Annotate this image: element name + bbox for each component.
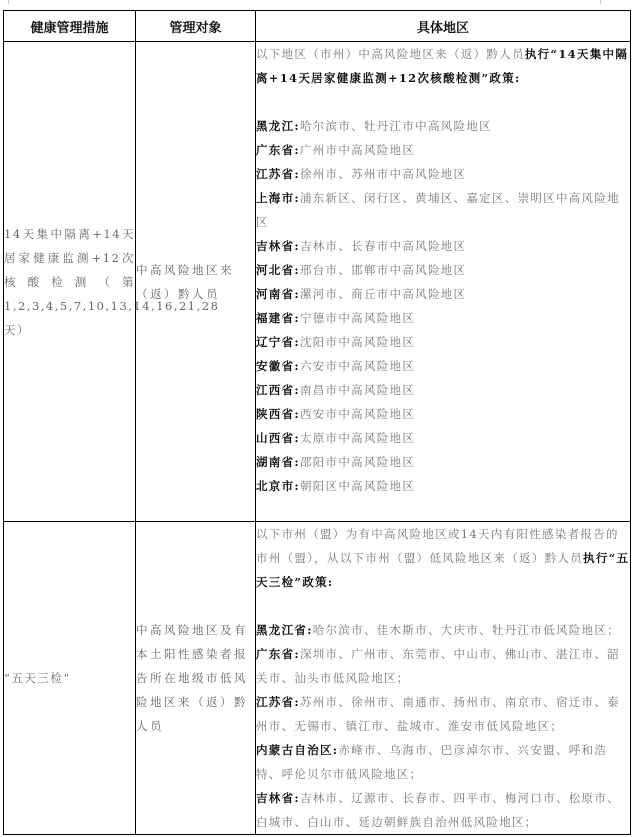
area-intro: 以下地区（市州）中高风险地区来（返）黔人员执行“14天集中隔离+14天居家健康监…	[256, 42, 630, 90]
spacer	[256, 594, 630, 618]
province-label: 广东省:	[256, 143, 300, 157]
province-label: 陕西省:	[256, 407, 300, 421]
list-item: 福建省:宁德市中高风险地区	[256, 306, 630, 330]
region-text: 苏州市、徐州市、南通市、扬州市、南京市、宿迁市、泰州市、无锡市、镇江市、盐城市、…	[256, 695, 620, 733]
region-text: 六安市中高风险地区	[300, 359, 415, 373]
margin-mark	[600, 0, 601, 4]
region-text: 宁德市中高风险地区	[300, 311, 415, 325]
list-item: 辽宁省:沈阳市中高风险地区	[256, 330, 630, 354]
list-item: 黑龙江:哈尔滨市、牡丹江市中高风险地区	[256, 114, 630, 138]
province-label: 内蒙古自治区:	[256, 743, 338, 757]
table-row: 14天集中隔离+14天居家健康监测+12次核酸检测（第1,2,3,4,5,7,1…	[4, 42, 631, 522]
province-label: 江苏省:	[256, 167, 300, 181]
target-cell: 中高风险地区及有本土阳性感染者报告所在地级市低风险地区来（返）黔人员	[136, 522, 256, 835]
list-item: 吉林省:吉林市、辽源市、长春市、四平市、梅河口市、松原市、白城市、白山市、延边朝…	[256, 786, 630, 834]
region-text: 吉林市、辽源市、长春市、四平市、梅河口市、松原市、白城市、白山市、延边朝鲜族自治…	[256, 791, 620, 829]
province-label: 江西省:	[256, 383, 300, 397]
table-header-row: 健康管理措施 管理对象 具体地区	[4, 11, 631, 42]
list-item: 吉林省:吉林市、长春市中高风险地区	[256, 234, 630, 258]
list-item: 黑龙江省:哈尔滨市、佳木斯市、大庆市、牡丹江市低风险地区；	[256, 618, 630, 642]
list-item: 上海市:浦东新区、闵行区、黄埔区、嘉定区、崇明区中高风险地区	[256, 186, 630, 234]
table-row: “五天三检” 中高风险地区及有本土阳性感染者报告所在地级市低风险地区来（返）黔人…	[4, 522, 631, 835]
region-text: 吉林市、长春市中高风险地区	[300, 239, 466, 253]
province-label: 广东省:	[256, 647, 300, 661]
header-target: 管理对象	[136, 11, 256, 42]
page-top-edge	[0, 0, 633, 3]
province-label: 北京市:	[256, 479, 300, 493]
province-label: 河南省:	[256, 287, 300, 301]
header-measure: 健康管理措施	[4, 11, 136, 42]
header-area: 具体地区	[256, 11, 631, 42]
region-text: 南昌市中高风险地区	[300, 383, 415, 397]
province-label: 吉林省:	[256, 239, 300, 253]
region-text: 漯河市、商丘市中高风险地区	[300, 287, 466, 301]
province-label: 安徽省:	[256, 359, 300, 373]
province-label: 山西省:	[256, 431, 300, 445]
measure-cell: “五天三检”	[4, 522, 136, 835]
list-item: 广东省:深圳市、广州市、东莞市、中山市、佛山市、湛江市、韶关市、汕头市低风险地区…	[256, 642, 630, 690]
region-text: 邵阳市中高风险地区	[300, 455, 415, 469]
region-text: 徐州市、苏州市中高风险地区	[300, 167, 466, 181]
intro-text: 以下地区（市州）中高风险地区来（返）黔人员	[256, 47, 525, 61]
province-label: 江苏省:	[256, 695, 300, 709]
list-item: 北京市:朝阳区中高风险地区	[256, 474, 630, 498]
region-text: 邢台市、邯郸市中高风险地区	[300, 263, 466, 277]
region-text: 浦东新区、闵行区、黄埔区、嘉定区、崇明区中高风险地区	[256, 191, 620, 229]
area-intro: 以下市州（盟）为有中高风险地区或14天内有阳性感染者报告的市州（盟），从以下市州…	[256, 522, 630, 594]
list-item: 河南省:漯河市、商丘市中高风险地区	[256, 282, 630, 306]
province-label: 上海市:	[256, 191, 300, 205]
region-text: 哈尔滨市、牡丹江市中高风险地区	[300, 119, 492, 133]
region-text: 西安市中高风险地区	[300, 407, 415, 421]
spacer	[256, 90, 630, 114]
list-item: 陕西省:西安市中高风险地区	[256, 402, 630, 426]
list-item: 江苏省:徐州市、苏州市中高风险地区	[256, 162, 630, 186]
region-text: 太原市中高风险地区	[300, 431, 415, 445]
region-text: 沈阳市中高风险地区	[300, 335, 415, 349]
list-item: 山西省:太原市中高风险地区	[256, 426, 630, 450]
province-label: 黑龙江:	[256, 119, 300, 133]
list-item: 内蒙古自治区:赤峰市、乌海市、巴彦淖尔市、兴安盟、呼和浩特、呼伦贝尔市低风险地区…	[256, 738, 630, 786]
area-cell: 以下市州（盟）为有中高风险地区或14天内有阳性感染者报告的市州（盟），从以下市州…	[256, 522, 631, 835]
region-text: 朝阳区中高风险地区	[300, 479, 415, 493]
province-label: 福建省:	[256, 311, 300, 325]
list-item: 广东省:广州市中高风险地区	[256, 138, 630, 162]
province-label: 黑龙江省:	[256, 623, 313, 637]
area-cell: 以下地区（市州）中高风险地区来（返）黔人员执行“14天集中隔离+14天居家健康监…	[256, 42, 631, 522]
margin-mark	[8, 0, 9, 4]
list-item: 安徽省:六安市中高风险地区	[256, 354, 630, 378]
region-text: 哈尔滨市、佳木斯市、大庆市、牡丹江市低风险地区；	[313, 623, 620, 637]
province-label: 吉林省:	[256, 791, 300, 805]
province-label: 河北省:	[256, 263, 300, 277]
target-cell: 中高风险地区来（返）黔人员	[136, 42, 256, 522]
measure-cell: 14天集中隔离+14天居家健康监测+12次核酸检测（第1,2,3,4,5,7,1…	[4, 42, 136, 522]
region-text: 广州市中高风险地区	[300, 143, 415, 157]
area-list: 黑龙江省:哈尔滨市、佳木斯市、大庆市、牡丹江市低风险地区； 广东省:深圳市、广州…	[256, 618, 630, 834]
list-item: 江西省:南昌市中高风险地区	[256, 378, 630, 402]
list-item: 湖南省:邵阳市中高风险地区	[256, 450, 630, 474]
health-policy-table: 健康管理措施 管理对象 具体地区 14天集中隔离+14天居家健康监测+12次核酸…	[3, 10, 631, 835]
province-label: 辽宁省:	[256, 335, 300, 349]
intro-text: 以下市州（盟）为有中高风险地区或14天内有阳性感染者报告的市州（盟），从以下市州…	[256, 527, 619, 565]
list-item: 江苏省:苏州市、徐州市、南通市、扬州市、南京市、宿迁市、泰州市、无锡市、镇江市、…	[256, 690, 630, 738]
list-item: 河北省:邢台市、邯郸市中高风险地区	[256, 258, 630, 282]
province-label: 湖南省:	[256, 455, 300, 469]
area-list: 黑龙江:哈尔滨市、牡丹江市中高风险地区 广东省:广州市中高风险地区 江苏省:徐州…	[256, 114, 630, 498]
region-text: 深圳市、广州市、东莞市、中山市、佛山市、湛江市、韶关市、汕头市低风险地区；	[256, 647, 620, 685]
